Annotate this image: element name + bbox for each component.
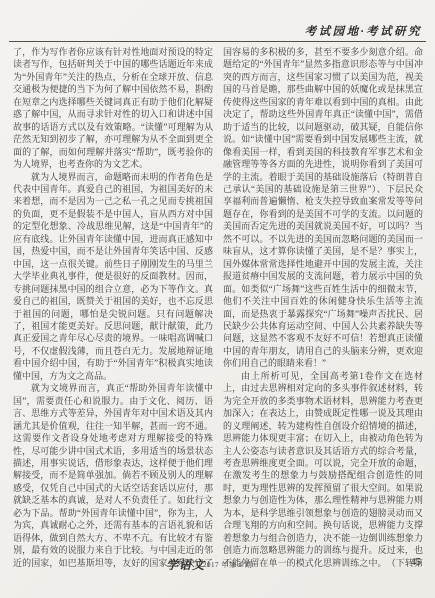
body-paragraph: 由上所析可见，全国高考第1卷作文在选材上，由过去思辨相对定向的多头事件叙述材料，… <box>223 370 423 570</box>
header-rule <box>9 41 426 42</box>
article-body: 了，作为写作者你应该有针对性地面对预设的特定读者写作，包括研判关于中国的哪些话题… <box>13 46 423 570</box>
body-paragraph: 就为人境界而言，命题略而未明的作者角色是代表中国青年。真爱自己的祖国，为祖国美好… <box>13 171 213 383</box>
body-paragraph: 了，作为写作者你应该有针对性地面对预设的特定读者写作，包括研判关于中国的哪些话题… <box>13 46 213 171</box>
page-number: 45 <box>411 557 422 568</box>
left-column: 了，作为写作者你应该有针对性地面对预设的特定读者写作，包括研判关于中国的哪些话题… <box>13 46 213 570</box>
right-column: 国容易的多积极的多，甚至不要多少刻意介绍。命题给定的“外国青年”显然多指意识形态… <box>223 46 423 570</box>
journal-name: 学语文 <box>166 556 205 573</box>
section-label: 考试园地·考试研究 <box>305 23 422 39</box>
body-paragraph: 国容易的多积极的多，甚至不要多少刻意介绍。命题给定的“外国青年”显然多指意识形态… <box>223 46 423 370</box>
body-paragraph: 就为文境界而言，真正“帮助外国青年读懂中国”，需要责任心和说服力。由于文化、阅历… <box>13 382 213 570</box>
page-footer: 学语文 2017 年第 4 期 45 <box>0 556 435 576</box>
journal-page: 考试园地·考试研究 了，作为写作者你应该有针对性地面对预设的特定读者写作，包括研… <box>0 0 435 598</box>
issue-info: 2017 年第 4 期 <box>203 560 252 570</box>
